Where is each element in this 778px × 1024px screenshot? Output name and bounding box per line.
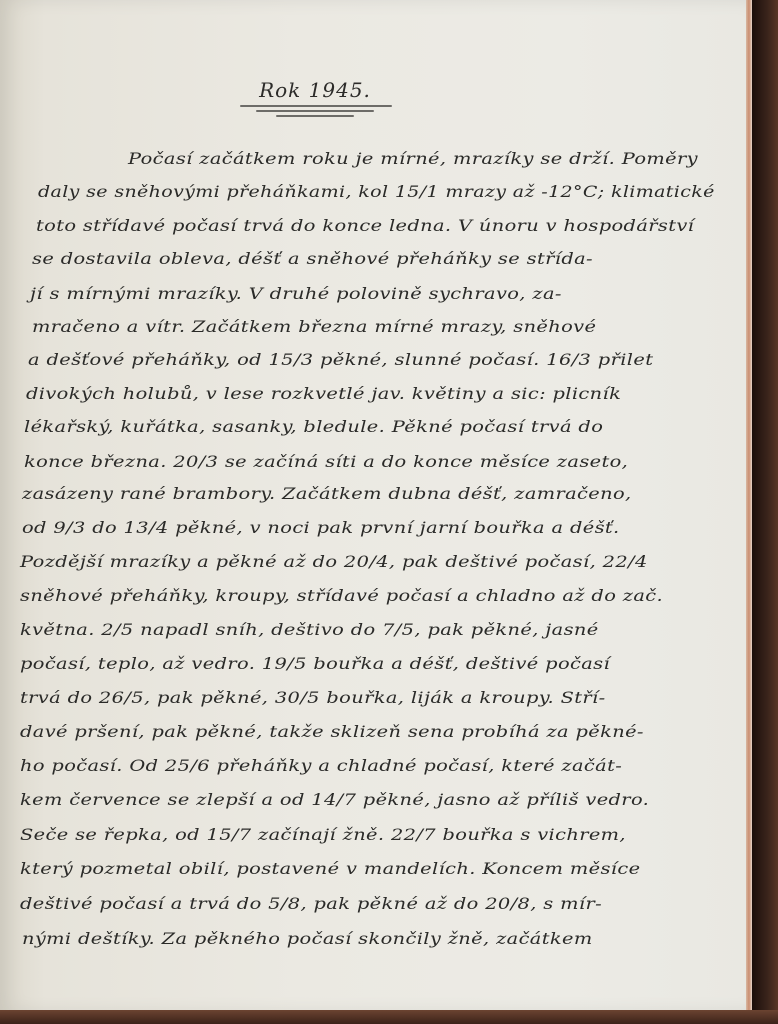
text-line: od 9/3 do 13/4 pěkné, v noci pak první j…	[22, 519, 620, 537]
text-line: divokých holubů, v lese rozkvetlé jav. k…	[26, 385, 621, 403]
text-line: Počasí začátkem roku je mírné, mrazíky s…	[128, 150, 698, 168]
text-line: počasí, teplo, až vedro. 19/5 bouřka a d…	[20, 655, 610, 673]
text-line: lékařský, kuřátka, sasanky, bledule. Pěk…	[24, 418, 603, 436]
text-line: sněhové přeháňky, kroupy, střídavé počas…	[20, 587, 663, 605]
text-line: ho počasí. Od 25/6 přeháňky a chladné po…	[20, 757, 622, 775]
text-line: toto střídavé počasí trvá do konce ledna…	[36, 217, 694, 235]
book-cover-edge	[752, 0, 778, 1024]
text-line: daly se sněhovými přeháňkami, kol 15/1 m…	[38, 183, 715, 201]
text-line: kem července se zlepší a od 14/7 pěkné, …	[20, 791, 649, 809]
text-line: a dešťové přeháňky, od 15/3 pěkné, slunn…	[28, 351, 653, 369]
notebook-page: Rok 1945. Počasí začátkem roku je mírné,…	[0, 0, 752, 1012]
text-line: jí s mírnými mrazíky. V druhé polovině s…	[30, 285, 562, 303]
text-line: nými deštíky. Za pěkného počasí skončily…	[22, 930, 593, 948]
text-line: se dostavila obleva, déšť a sněhové přeh…	[32, 250, 593, 268]
text-line: zasázeny rané brambory. Začátkem dubna d…	[22, 485, 632, 503]
text-line: Seče se řepka, od 15/7 začínají žně. 22/…	[20, 826, 626, 844]
book-cover-bottom	[0, 1010, 778, 1024]
text-line: trvá do 26/5, pak pěkné, 30/5 bouřka, li…	[20, 689, 606, 707]
text-line: mračeno a vítr. Začátkem března mírné mr…	[32, 318, 596, 336]
text-line: davé pršení, pak pěkné, takže sklizeň se…	[20, 723, 644, 741]
text-line: Pozdější mrazíky a pěkné až do 20/4, pak…	[20, 553, 648, 571]
text-line: května. 2/5 napadl sníh, deštivo do 7/5,…	[20, 621, 599, 639]
text-line: který pozmetal obilí, postavené v mandel…	[20, 860, 640, 878]
handwritten-body: Počasí začátkem roku je mírné, mrazíky s…	[0, 0, 752, 1012]
text-line: konce března. 20/3 se začíná síti a do k…	[24, 453, 628, 471]
text-line: deštivé počasí a trvá do 5/8, pak pěkné …	[20, 895, 602, 913]
